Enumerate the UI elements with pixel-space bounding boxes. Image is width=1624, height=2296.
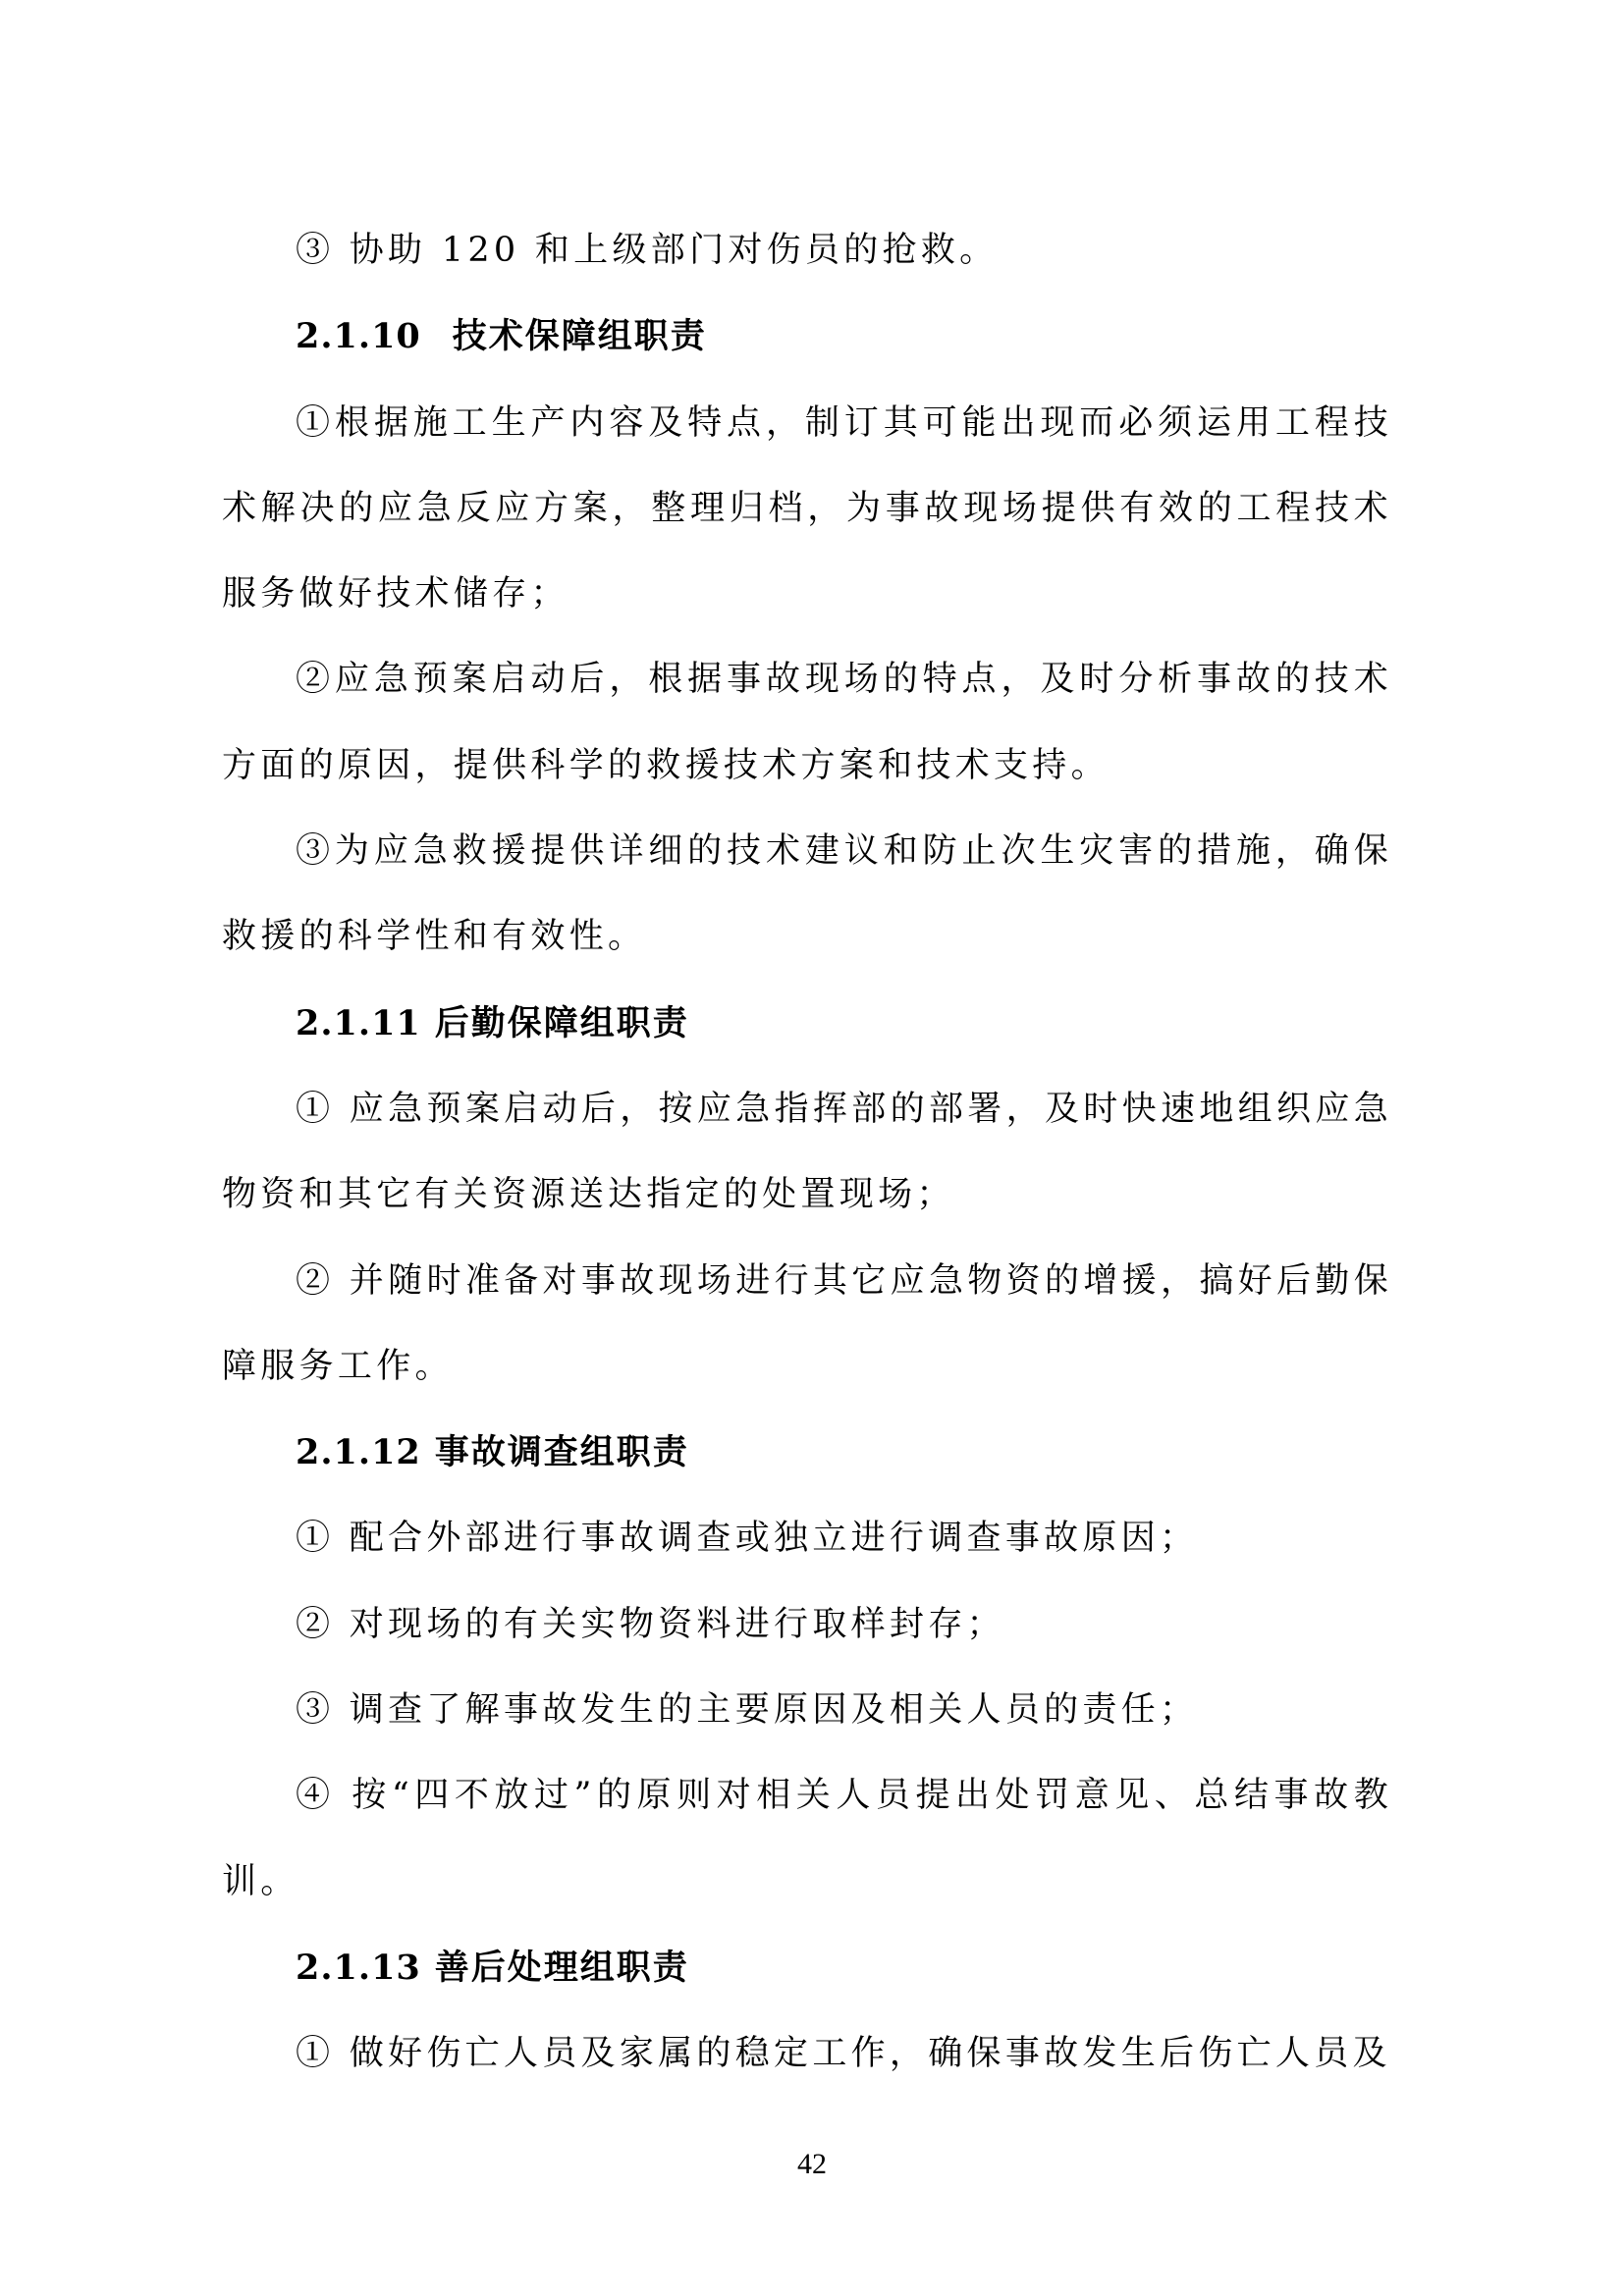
paragraph: ①根据施工生产内容及特点，制订其可能出现而必须运用工程技术解决的应急反应方案，整… (222, 381, 1392, 638)
paragraph: ② 对现场的有关实物资料进行取样封存； (222, 1582, 1392, 1668)
paragraph: ② 并随时准备对事故现场进行其它应急物资的增援，搞好后勤保障服务工作。 (222, 1239, 1392, 1411)
section-title: 技术保障组职责 (453, 317, 707, 356)
section-heading: 2.1.10技术保障组职责 (222, 294, 1392, 380)
paragraph: ③ 协助 120 和上级部门对伤员的抢救。 (222, 208, 1392, 294)
section-title: 后勤保障组职责 (435, 1004, 689, 1043)
paragraph: ① 做好伤亡人员及家属的稳定工作，确保事故发生后伤亡人员及 (222, 2011, 1392, 2097)
paragraph: ②应急预案启动后，根据事故现场的特点，及时分析事故的技术方面的原因，提供科学的救… (222, 637, 1392, 809)
paragraph: ③ 调查了解事故发生的主要原因及相关人员的责任； (222, 1668, 1392, 1753)
section-title: 善后处理组职责 (435, 1949, 689, 1988)
section-heading: 2.1.11后勤保障组职责 (222, 981, 1392, 1067)
paragraph: ① 配合外部进行事故调查或独立进行调查事故原因； (222, 1496, 1392, 1581)
page-number: 42 (0, 2148, 1624, 2181)
section-title: 事故调查组职责 (435, 1433, 689, 1472)
section-number: 2.1.12 (296, 1432, 421, 1472)
section-number: 2.1.10 (296, 316, 421, 356)
document-page: ③ 协助 120 和上级部门对伤员的抢救。 2.1.10技术保障组职责 ①根据施… (222, 208, 1392, 2098)
section-heading: 2.1.12事故调查组职责 (222, 1410, 1392, 1496)
section-number: 2.1.13 (296, 1948, 421, 1988)
paragraph: ① 应急预案启动后，按应急指挥部的部署，及时快速地组织应急物资和其它有关资源送达… (222, 1067, 1392, 1239)
paragraph: ③为应急救援提供详细的技术建议和防止次生灾害的措施，确保救援的科学性和有效性。 (222, 809, 1392, 981)
paragraph: ④ 按“四不放过”的原则对相关人员提出处罚意见、总结事故教训。 (222, 1753, 1392, 1925)
section-number: 2.1.11 (296, 1003, 421, 1043)
section-heading: 2.1.13善后处理组职责 (222, 1925, 1392, 2011)
